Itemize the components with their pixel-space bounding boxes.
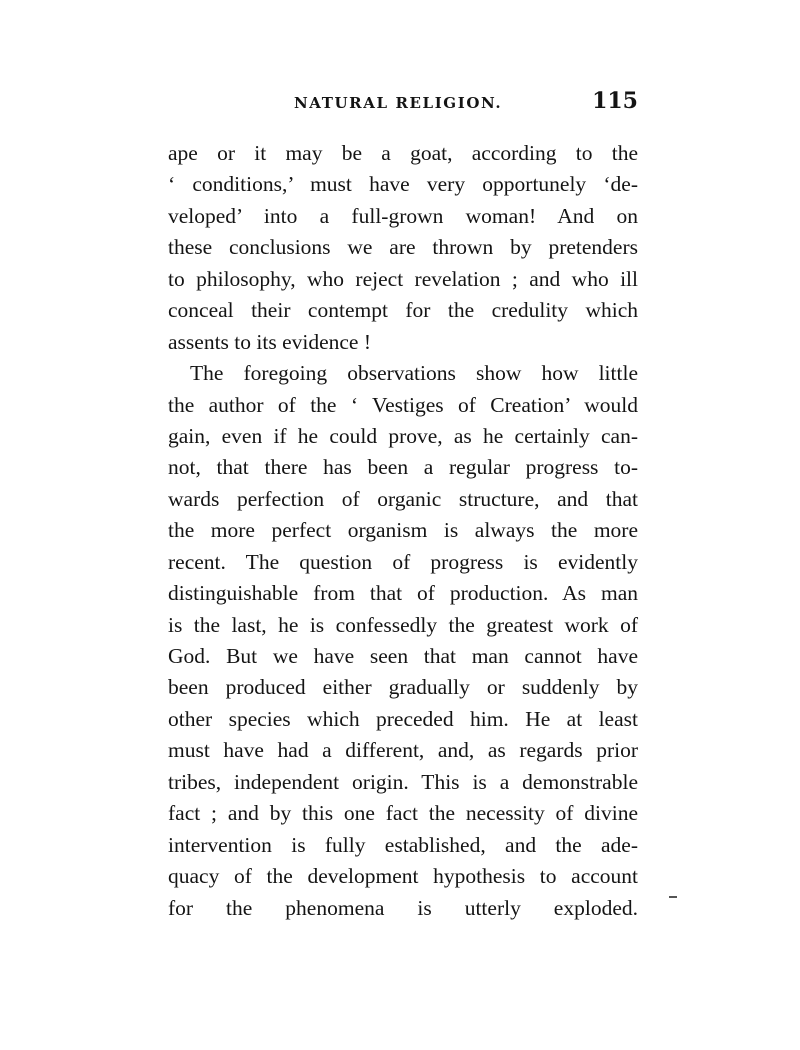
text-line: is the last, he is confessedly the great… [168,610,638,641]
text-line: other species which preceded him. He at … [168,704,638,735]
text-line: God. But we have seen that man cannot ha… [168,641,638,672]
page-number: 115 [592,88,638,114]
text-line: The foregoing observations show how litt… [168,358,638,389]
text-line: for the phenomena is utterly exploded. [168,893,638,924]
text-line: conceal their contempt for the credulity… [168,295,638,326]
text-line: recent. The question of progress is evid… [168,547,638,578]
text-line: assents to its evidence ! [168,327,638,358]
running-head: NATURAL RELIGION. 115 [168,88,638,118]
text-line: gain, even if he could prove, as he cert… [168,421,638,452]
text-line: the author of the ‘ Vestiges of Creation… [168,390,638,421]
text-line: ape or it may be a goat, according to th… [168,138,638,169]
text-line: intervention is fully established, and t… [168,830,638,861]
text-line: veloped’ into a full-grown woman! And on [168,201,638,232]
text-line: the more perfect organism is always the … [168,515,638,546]
paragraph-1: ape or it may be a goat, according to th… [168,138,638,358]
text-line: not, that there has been a regular progr… [168,452,638,483]
text-line: ‘ conditions,’ must have very opportunel… [168,169,638,200]
text-line: must have had a different, and, as regar… [168,735,638,766]
text-line: been produced either gradually or sudden… [168,672,638,703]
text-line: to philosophy, who reject revelation ; a… [168,264,638,295]
text-line [168,924,638,955]
text-line: wards perfection of organic structure, a… [168,484,638,515]
running-title: NATURAL RELIGION. [294,94,502,112]
text-line: quacy of the development hypothesis to a… [168,861,638,892]
text-line: these conclusions we are thrown by prete… [168,232,638,263]
body-text: ape or it may be a goat, according to th… [168,138,638,955]
scan-artifact-mark [669,896,677,898]
text-line: distinguishable from that of production.… [168,578,638,609]
book-page: NATURAL RELIGION. 115 ape or it may be a… [0,0,800,1050]
text-line: fact ; and by this one fact the necessit… [168,798,638,829]
paragraph-2: The foregoing observations show how litt… [168,358,638,955]
text-line: tribes, independent origin. This is a de… [168,767,638,798]
